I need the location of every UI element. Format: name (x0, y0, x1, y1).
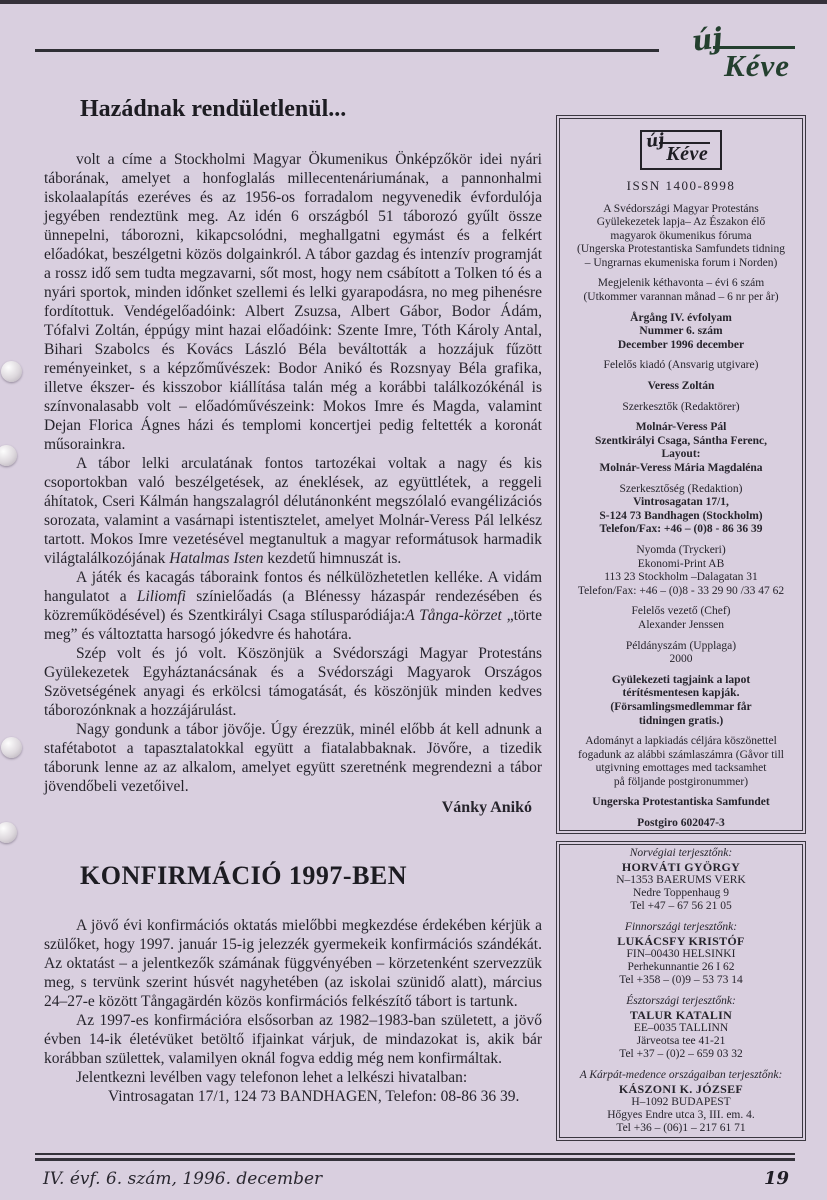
page-number: 19 (764, 1168, 789, 1189)
article-paragraph: volt a címe a Stockholmi Magyar Ökumenik… (44, 150, 542, 454)
masthead-block: Szerkesztőség (Redaktion)Vintrosagatan 1… (599, 483, 762, 537)
masthead-line: Ungerska Protestantiska Samfundet (592, 796, 769, 810)
masthead-line: Layout: (662, 448, 701, 462)
article-paragraph: A játék és kacagás táboraink fontos és n… (44, 568, 542, 644)
main-column: Hazádnak rendületlenül... volt a címe a … (44, 96, 542, 1106)
masthead-box: új Kéve ISSN 1400-8998 A Svédországi Mag… (556, 115, 806, 834)
masthead-block: Nyomda (Tryckeri)Ekonomi-Print AB113 23 … (578, 544, 784, 598)
header-rule (35, 49, 659, 52)
article2-body: A jövő évi konfirmációs oktatás mielőbbi… (44, 916, 542, 1106)
masthead-block: Szerkesztők (Redaktörer) (622, 401, 739, 415)
masthead-line: 113 23 Stockholm –Dalagatan 31 (604, 571, 758, 585)
footer-rule (35, 1158, 795, 1161)
distributors-box: Norvégiai terjesztőnk:HORVÁTI GYÖRGYN–13… (556, 841, 806, 1141)
masthead-line: Szerkesztők (Redaktörer) (622, 401, 739, 415)
distributor-line: Perhekunnantie 26 I 62 (627, 961, 734, 974)
masthead-block: Gyülekezeti tagjaink a lapottérítésmente… (610, 674, 751, 728)
masthead-line: på följande postgironummer) (614, 776, 748, 790)
footer-rule (35, 1153, 795, 1155)
masthead-logo: új Kéve (640, 130, 723, 170)
article2-title: KONFIRMÁCIÓ 1997-BEN (80, 861, 542, 891)
masthead-line: S-124 73 Bandhagen (Stockholm) (599, 510, 762, 524)
binding-hole (0, 445, 17, 466)
masthead-line: Gyülekezetek lapja– Az Északon élő (597, 216, 766, 230)
masthead-line: Felelős vezető (Chef) (632, 605, 731, 619)
article-paragraph: Jelentkezni levélben vagy telefonon lehe… (44, 1068, 542, 1087)
masthead-block: Postgiro 602047-3 (637, 817, 725, 831)
logo-script-uj: új (690, 24, 724, 56)
masthead-line: Példányszám (Upplaga) (626, 640, 736, 654)
masthead-block: Felelős kiadó (Ansvarig utgivare) (604, 359, 759, 373)
masthead-line: Telefon/Fax: +46 – (0)8 - 86 36 39 (600, 523, 763, 537)
masthead-block: Adományt a lapkiadás céljára köszönettel… (578, 735, 784, 789)
masthead-line: Megjelenik kéthavonta – évi 6 szám (598, 277, 764, 291)
masthead-block: Veress Zoltán (648, 380, 715, 394)
logo-word-keve: Kéve (713, 46, 795, 83)
masthead-line: (Utkommer varannan månad – 6 nr per år) (583, 291, 778, 305)
logo-word-keve: Kéve (659, 142, 710, 165)
distributor-line: FIN–00430 HELSINKI (627, 948, 736, 961)
distributor-line: Tel +47 – 67 56 21 05 (630, 900, 732, 913)
distributor-section: A Kárpát-medence országaiban terjesztőnk… (580, 1069, 783, 1135)
masthead-block: A Svédországi Magyar ProtestánsGyülekeze… (577, 203, 785, 271)
masthead-line: Felelős kiadó (Ansvarig utgivare) (604, 359, 759, 373)
distributor-name: TALUR KATALIN (630, 1008, 732, 1022)
masthead-line: magyarok ökumenikus fóruma (610, 230, 751, 244)
masthead-block: Molnár-Veress PálSzentkirályi Csaga, Sán… (595, 421, 767, 475)
binding-hole (1, 361, 22, 382)
distributor-line: Tel +358 – (0)9 – 53 73 14 (619, 974, 743, 987)
distributor-section: Finnországi terjesztőnk:LUKÁCSFY KRISTÓF… (617, 921, 744, 987)
masthead-blocks: A Svédországi Magyar ProtestánsGyülekeze… (577, 199, 785, 834)
article-paragraph: Nagy gondunk a tábor jövője. Úgy érezzük… (44, 720, 542, 796)
distributor-line: Tel +36 – (06)1 – 217 61 71 (616, 1122, 745, 1135)
logo-script-uj: új (645, 132, 665, 151)
distributor-section: Norvégiai terjesztőnk:HORVÁTI GYÖRGYN–13… (616, 847, 746, 913)
article-paragraph: A jövő évi konfirmációs oktatás mielőbbi… (44, 916, 542, 1011)
masthead-line: Postgiro 602047-3 (637, 817, 725, 831)
distributor-name: HORVÁTI GYÖRGY (622, 860, 740, 874)
masthead-line: (Ungerska Protestantiska Samfundets tidn… (577, 243, 785, 257)
masthead-block: Példányszám (Upplaga)2000 (626, 640, 736, 667)
masthead-line: Telefon/Fax: +46 – (0)8 - 33 29 90 /33 4… (578, 585, 784, 599)
article-paragraph: Az 1997-es konfirmációra elsősorban az 1… (44, 1011, 542, 1068)
masthead-line: Veress Zoltán (648, 380, 715, 394)
masthead-line: Molnár-Veress Mária Magdaléna (599, 462, 762, 476)
distributor-label: Észtországi terjesztőnk: (626, 995, 736, 1008)
article1-signature: Vánky Anikó (44, 799, 532, 817)
masthead-line: (Församlingsmedlemmar får (610, 701, 751, 715)
masthead-block: Årgång IV. évfolyamNummer 6. számDecembe… (618, 312, 744, 353)
scan-edge (0, 0, 827, 4)
footer-issue-label: IV. évf. 6. szám, 1996. december (43, 1169, 322, 1189)
binding-hole (0, 822, 17, 843)
article1-body: volt a címe a Stockholmi Magyar Ökumenik… (44, 150, 542, 796)
article-paragraph: Vintrosagatan 17/1, 124 73 BANDHAGEN, Te… (44, 1087, 542, 1106)
distributor-line: H–1092 BUDAPEST (631, 1096, 730, 1109)
distributor-label: Finnországi terjesztőnk: (625, 921, 737, 934)
masthead-line: Szentkirályi Csaga, Sántha Ferenc, (595, 435, 767, 449)
distributor-line: Hőgyes Endre utca 3, III. em. 4. (607, 1109, 755, 1122)
distributor-label: Norvégiai terjesztőnk: (630, 847, 733, 860)
binding-hole (1, 737, 22, 758)
masthead-line: Molnár-Veress Pál (636, 421, 727, 435)
masthead-line: Szerkesztőség (Redaktion) (620, 483, 743, 497)
masthead-line: Nummer 6. szám (639, 325, 722, 339)
distributor-name: LUKÁCSFY KRISTÓF (617, 934, 744, 948)
masthead-line: December 1996 december (618, 339, 744, 353)
article-paragraph: A tábor lelki arculatának fontos tartozé… (44, 454, 542, 568)
magazine-page: új Kéve Hazádnak rendületlenül... volt a… (0, 0, 827, 1200)
distributor-label: A Kárpát-medence országaiban terjesztőnk… (580, 1069, 783, 1082)
masthead-line: utgivning emottages med tacksamhet (596, 762, 767, 776)
masthead-block: Ungerska Protestantiska Samfundet (592, 796, 769, 810)
distributor-line: Järveotsa tee 41-21 (637, 1035, 726, 1048)
masthead-line: térítésmentesen kapják. (623, 687, 740, 701)
masthead-line: Vintrosagatan 17/1, (633, 496, 729, 510)
sidebar: új Kéve ISSN 1400-8998 A Svédországi Mag… (556, 115, 806, 1141)
masthead-block: Felelős vezető (Chef)Alexander Jenssen (632, 605, 731, 632)
masthead-line: Gyülekezeti tagjaink a lapot (612, 674, 750, 688)
masthead-line: Årgång IV. évfolyam (630, 312, 732, 326)
uj-keve-logo: új Kéve (692, 30, 795, 83)
masthead-block: Megjelenik kéthavonta – évi 6 szám(Utkom… (583, 277, 778, 304)
masthead-line: fogadunk az alábbi számlaszámra (Gåvor t… (578, 749, 784, 763)
masthead-line: tidningen gratis.) (639, 715, 723, 729)
distributor-name: KÁSZONI K. JÓZSEF (619, 1082, 743, 1096)
masthead-line: 2000 (669, 653, 692, 667)
distributor-line: N–1353 BAERUMS VERK (616, 874, 746, 887)
page-footer: IV. évf. 6. szám, 1996. december 19 (35, 1153, 795, 1189)
distributor-line: EE–0035 TALLINN (634, 1022, 728, 1035)
masthead-line: – Ungrarnas ekumeniska forum i Norden) (585, 257, 778, 271)
article-paragraph: Szép volt és jó volt. Köszönjük a Svédor… (44, 644, 542, 720)
issn-number: ISSN 1400-8998 (627, 178, 736, 194)
distributor-section: Észtországi terjesztőnk:TALUR KATALINEE–… (619, 995, 743, 1061)
masthead-line: A Svédországi Magyar Protestáns (603, 203, 759, 217)
distributor-line: Nedre Toppenhaug 9 (633, 887, 729, 900)
distributor-line: Tel +37 – (0)2 – 659 03 32 (619, 1048, 743, 1061)
distributor-sections: Norvégiai terjesztőnk:HORVÁTI GYÖRGYN–13… (580, 843, 783, 1139)
article1-title: Hazádnak rendületlenül... (80, 96, 542, 123)
masthead-line: Nyomda (Tryckeri) (636, 544, 725, 558)
masthead-line: Alexander Jenssen (638, 619, 724, 633)
masthead-line: Ekonomi-Print AB (638, 558, 725, 572)
masthead-line: Adományt a lapkiadás céljára köszönettel (585, 735, 777, 749)
